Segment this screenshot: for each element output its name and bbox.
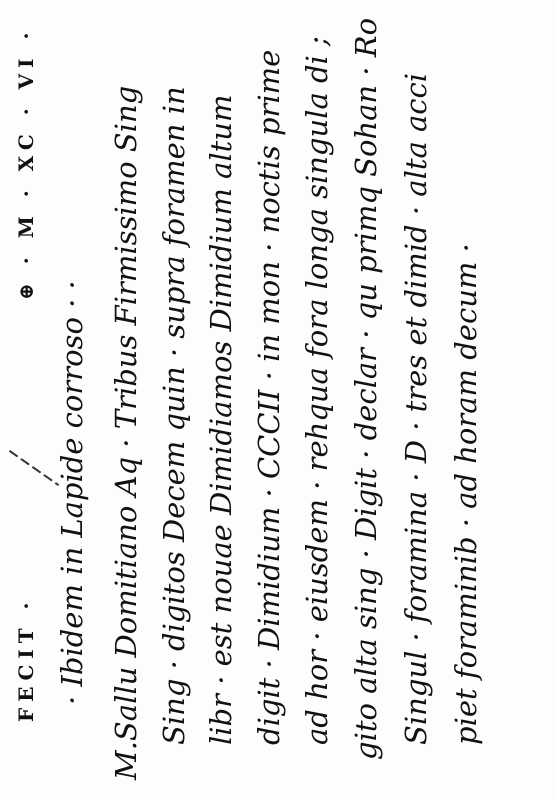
text-line-8: Singul · foramina · D · tres et dimid · … bbox=[402, 73, 431, 745]
text-line-7: gito alta sing · Digit · declar · qu pri… bbox=[352, 18, 381, 760]
text-line-9: piet foraminib · ad horam decum · bbox=[452, 243, 481, 745]
text-line-2: M.Sallu Domitiano Aq · Tribus Firmissimo… bbox=[112, 86, 141, 780]
text-line-1: · Ibidem in Lapide corroso · · bbox=[58, 280, 87, 705]
pen-stroke-mark bbox=[9, 450, 59, 486]
header-fecit: FECIT · bbox=[16, 596, 36, 722]
header-date: ⊕ · M · XC · VI · bbox=[16, 27, 36, 300]
text-line-4: libr · est nouae Dimidiamos Dimidium alt… bbox=[207, 95, 236, 745]
manuscript-page: FECIT · ⊕ · M · XC · VI · · Ibidem in La… bbox=[0, 0, 556, 800]
text-line-6: ad hor · eiusdem · rehqua fora longa sin… bbox=[303, 36, 332, 745]
text-line-5: digit · Dimidium · CCCII · in mon · noct… bbox=[255, 50, 284, 745]
text-line-3: Sing · digitos Decem quin · supra forame… bbox=[160, 86, 189, 745]
